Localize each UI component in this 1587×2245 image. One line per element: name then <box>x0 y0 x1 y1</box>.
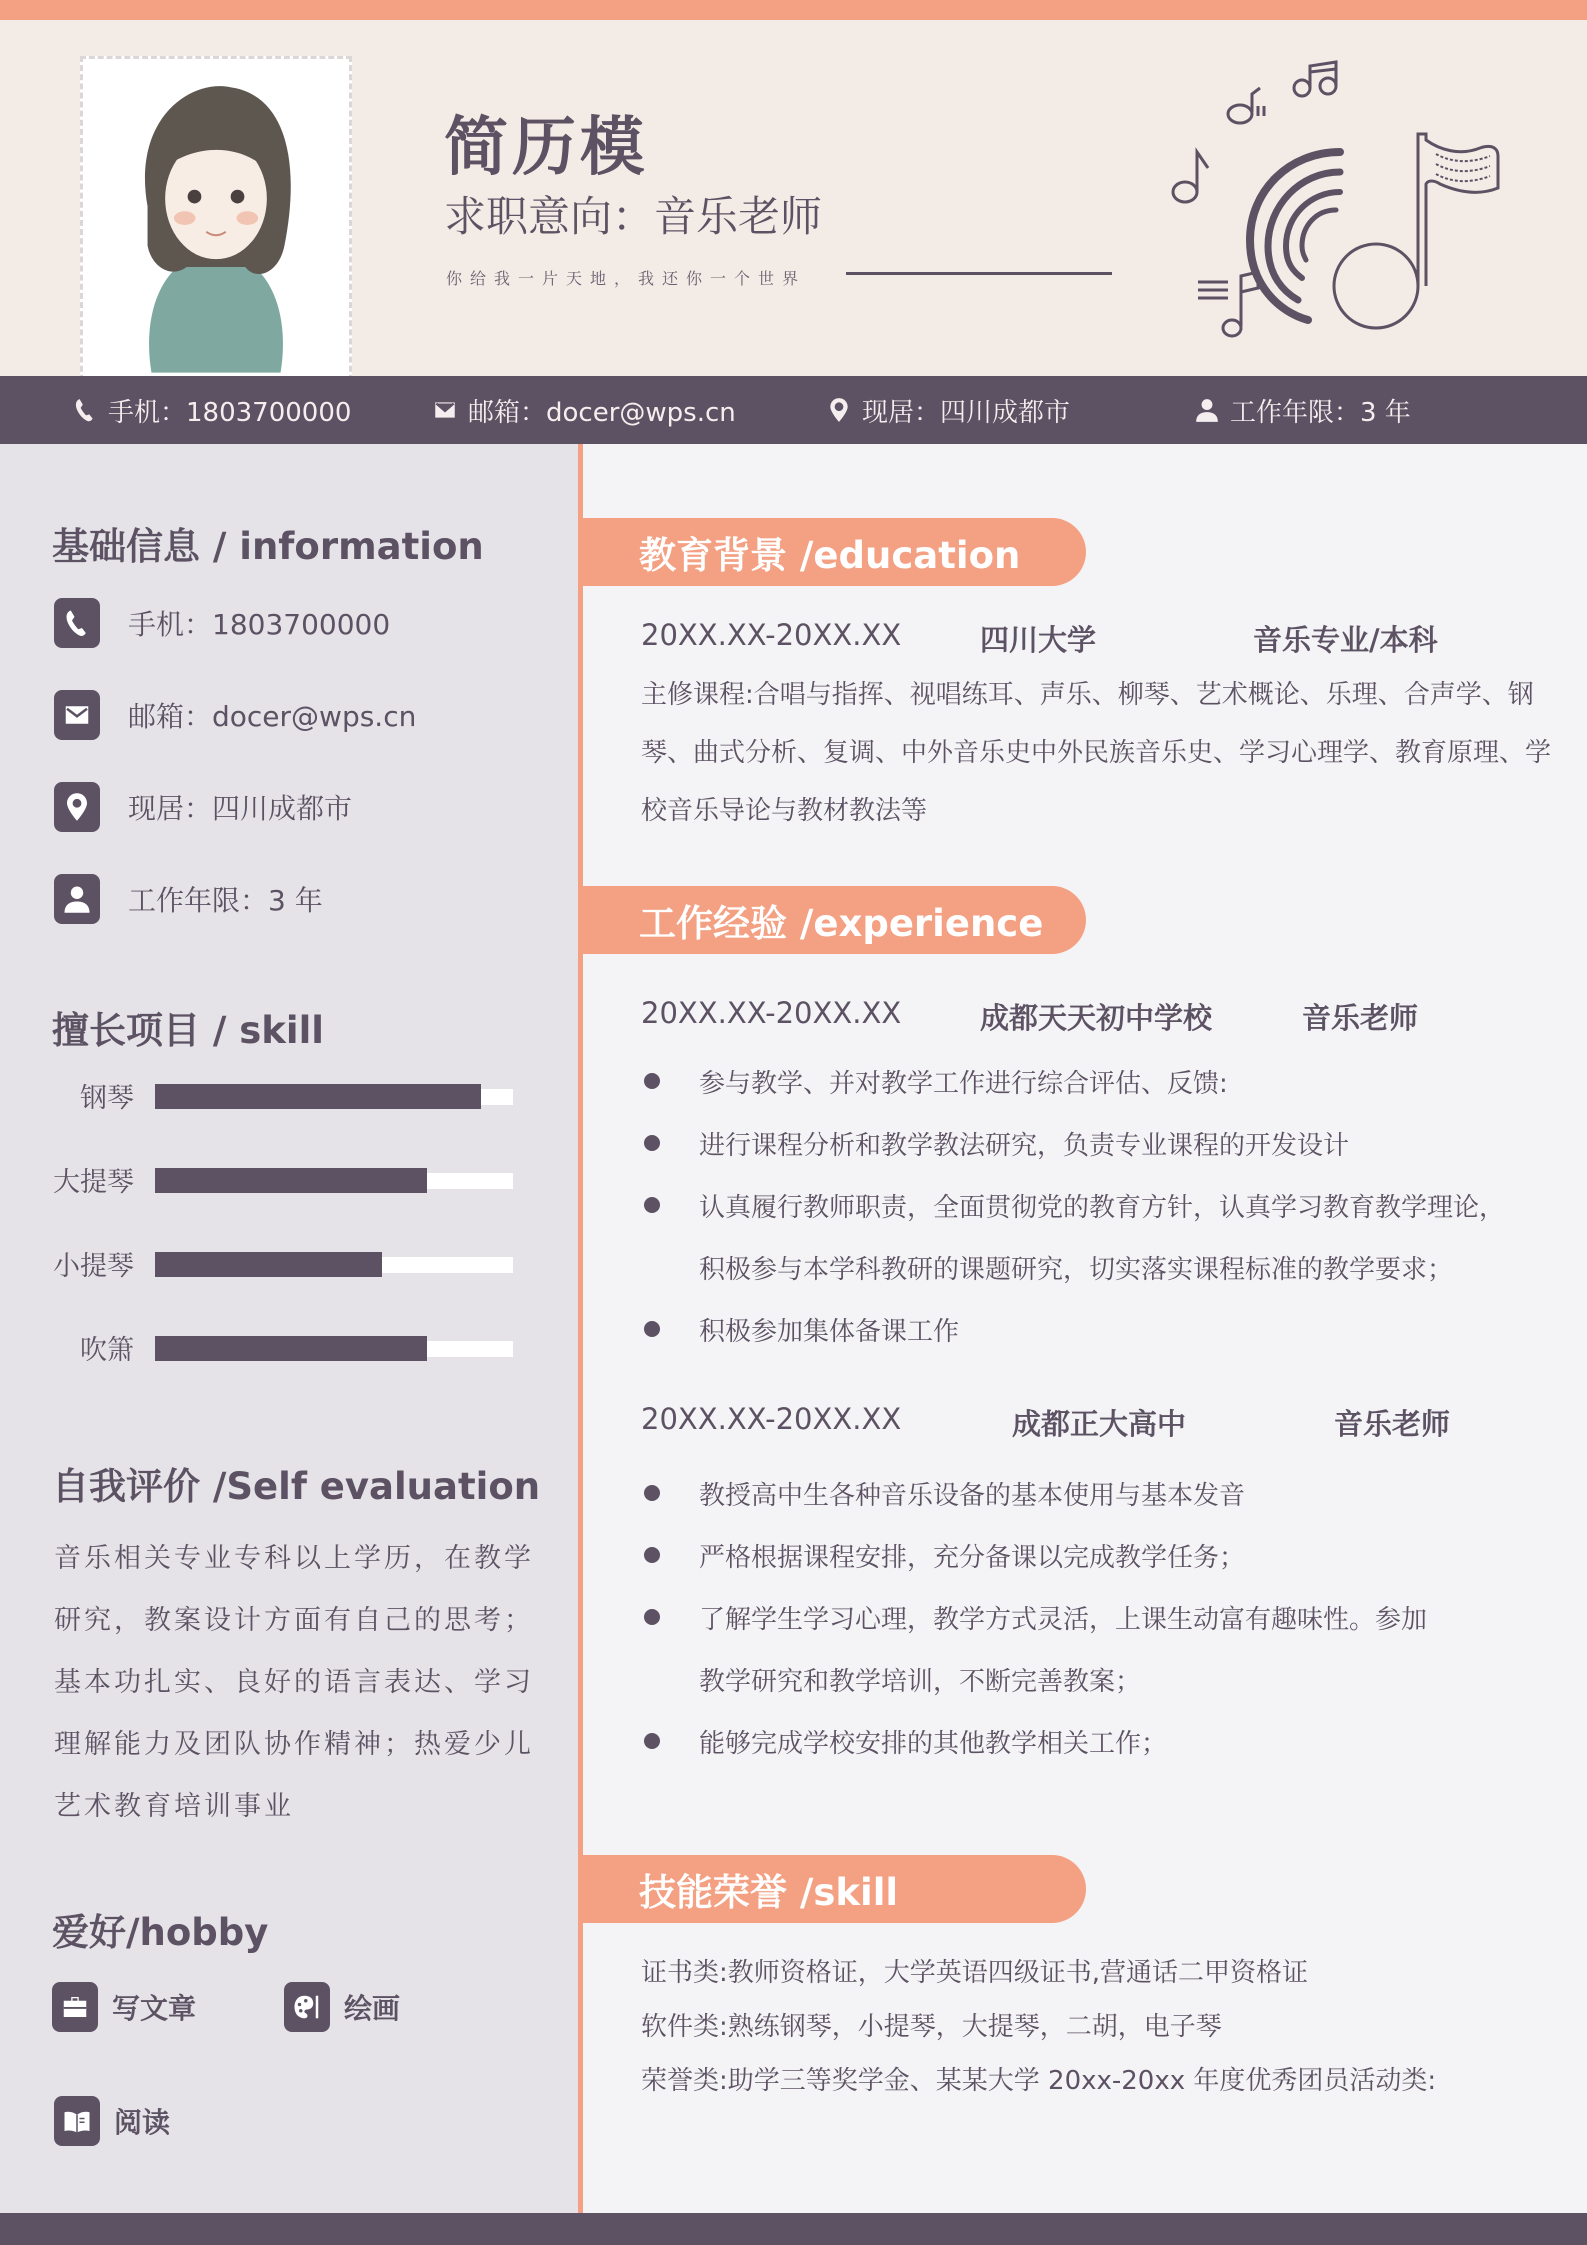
bullet-text: 教学研究和教学培训，不断完善教案； <box>699 1661 1141 1698</box>
bullet-dot <box>644 1197 660 1213</box>
mail-icon-box <box>54 690 100 740</box>
info-email-text: 邮箱：docer@wps.cn <box>128 695 416 735</box>
motto: 你给我一片天地，我还你一个世界 <box>446 266 806 289</box>
skill-bar-fill <box>155 1084 481 1109</box>
skill-row-cello: 大提琴 <box>0 1168 578 1198</box>
education-row: 20XX.XX-20XX.XX 四川大学 音乐专业/本科 <box>641 618 1541 658</box>
self-eval-heading: 自我评价 /Self evaluation <box>52 1456 540 1510</box>
phone-icon <box>62 608 92 638</box>
job-date: 20XX.XX-20XX.XX <box>641 1402 901 1436</box>
hobby-reading: 阅读 <box>54 2096 170 2146</box>
info-phone-text: 手机：1803700000 <box>128 603 390 643</box>
job-date: 20XX.XX-20XX.XX <box>641 996 901 1030</box>
skill-row-piano: 钢琴 <box>0 1084 578 1114</box>
honors-awards: 荣誉类:助学三等奖学金、某某大学 20xx-20xx 年度优秀团员活动类: <box>641 2060 1436 2097</box>
job-role: 音乐老师 <box>1302 996 1418 1037</box>
bullet-text: 进行课程分析和教学教法研究，负责专业课程的开发设计 <box>699 1125 1349 1162</box>
phone-icon-box <box>54 598 100 648</box>
skill-label: 吹箫 <box>80 1336 134 1366</box>
location-pin-icon <box>62 792 92 822</box>
job-row-2: 20XX.XX-20XX.XX 成都正大高中 音乐老师 <box>641 1402 1541 1442</box>
contact-years: 工作年限：3 年 <box>1194 376 1411 444</box>
briefcase-icon-box <box>52 1982 98 2032</box>
bullet-text: 了解学生学习心理，教学方式灵活，上课生动富有趣味性。参加 <box>699 1599 1427 1636</box>
contact-years-text: 工作年限：3 年 <box>1230 392 1411 429</box>
bullet-dot <box>644 1321 660 1337</box>
bullet-text: 教授高中生各种音乐设备的基本使用与基本发音 <box>699 1475 1245 1512</box>
job-company: 成都正大高中 <box>1012 1402 1186 1443</box>
info-location-text: 现居：四川成都市 <box>128 787 352 827</box>
honors-certificates: 证书类:教师资格证，大学英语四级证书,营通话二甲资格证 <box>641 1952 1308 1989</box>
location-pin-icon <box>826 395 852 425</box>
top-accent-strip <box>0 0 1587 20</box>
bullet-dot <box>644 1547 660 1563</box>
palette-icon <box>292 1992 322 2022</box>
education-major: 音乐专业/本科 <box>1253 618 1438 659</box>
job-objective: 求职意向：音乐老师 <box>444 184 822 244</box>
resume-header: 简历模 求职意向：音乐老师 你给我一片天地，我还你一个世界 <box>0 20 1587 376</box>
job-company: 成都天天初中学校 <box>980 996 1212 1037</box>
job-role: 音乐老师 <box>1334 1402 1450 1443</box>
education-date: 20XX.XX-20XX.XX <box>641 618 901 652</box>
skill-row-violin: 小提琴 <box>0 1252 578 1282</box>
hobby-writing: 写文章 <box>52 1982 196 2032</box>
education-school: 四川大学 <box>980 618 1096 659</box>
skill-label: 钢琴 <box>80 1084 134 1114</box>
education-courses: 主修课程:合唱与指挥、视唱练耳、声乐、柳琴、艺术概论、乐理、合声学、钢琴、曲式分… <box>641 666 1551 840</box>
skill-bar-fill <box>155 1168 427 1193</box>
skill-bar-fill <box>155 1252 382 1277</box>
hobby-painting: 绘画 <box>284 1982 400 2032</box>
job-row-1: 20XX.XX-20XX.XX 成都天天初中学校 音乐老师 <box>641 996 1541 1036</box>
skill-bar-fill <box>155 1336 427 1361</box>
briefcase-icon <box>60 1992 90 2022</box>
phone-icon <box>72 395 98 425</box>
bullet-text: 积极参加集体备课工作 <box>699 1311 959 1348</box>
hobby-heading: 爱好/hobby <box>52 1902 268 1956</box>
bullet-text: 认真履行教师职责，全面贯彻党的教育方针，认真学习教育教学理论， <box>699 1187 1505 1224</box>
user-icon-box <box>54 874 100 924</box>
bullet-dot <box>644 1609 660 1625</box>
skill-label: 大提琴 <box>53 1168 134 1198</box>
honors-software: 软件类:熟练钢琴，小提琴，大提琴，二胡，电子琴 <box>641 2006 1222 2043</box>
info-years: 工作年限：3 年 <box>54 874 323 924</box>
user-icon <box>1194 395 1220 425</box>
motto-underline <box>846 272 1112 275</box>
info-years-text: 工作年限：3 年 <box>128 879 323 919</box>
contact-location: 现居：四川成都市 <box>826 376 1070 444</box>
palette-icon-box <box>284 1982 330 2032</box>
skills-heading: 擅长项目 / skill <box>52 1000 324 1054</box>
bullet-dot <box>644 1485 660 1501</box>
contact-email: 邮箱：docer@wps.cn <box>432 376 736 444</box>
info-location: 现居：四川成都市 <box>54 782 352 832</box>
bullet-dot <box>644 1733 660 1749</box>
user-icon <box>62 884 92 914</box>
bullet-dot <box>644 1073 660 1089</box>
bullet-text: 能够完成学校安排的其他教学相关工作； <box>699 1723 1167 1760</box>
bullet-text: 参与教学、并对教学工作进行综合评估、反馈: <box>699 1063 1228 1100</box>
info-email: 邮箱：docer@wps.cn <box>54 690 416 740</box>
location-icon-box <box>54 782 100 832</box>
hobby-label: 绘画 <box>344 1987 400 2027</box>
experience-banner: 工作经验 /experience <box>583 886 1086 954</box>
contact-phone: 手机：1803700000 <box>72 376 351 444</box>
contact-band: 手机：1803700000 邮箱：docer@wps.cn 现居：四川成都市 工… <box>0 376 1587 444</box>
info-phone: 手机：1803700000 <box>54 598 390 648</box>
footer-strip <box>0 2213 1587 2245</box>
info-heading: 基础信息 / information <box>52 516 484 570</box>
education-banner: 教育背景 /education <box>583 518 1086 586</box>
hobby-label: 写文章 <box>112 1987 196 2027</box>
bullet-dot <box>644 1135 660 1151</box>
skill-label: 小提琴 <box>53 1252 134 1282</box>
column-divider <box>578 444 583 2213</box>
mail-icon <box>62 700 92 730</box>
honors-banner: 技能荣誉 /skill <box>583 1855 1086 1923</box>
book-icon <box>62 2106 92 2136</box>
cartoon-girl-portrait-icon <box>83 59 349 387</box>
contact-email-text: 邮箱：docer@wps.cn <box>468 392 736 429</box>
hobby-label: 阅读 <box>114 2101 170 2141</box>
resume-title: 简历模 <box>444 96 648 188</box>
bullet-text: 积极参与本学科教研的课题研究，切实落实课程标准的教学要求； <box>699 1249 1453 1286</box>
bullet-text: 严格根据课程安排，充分备课以完成教学任务； <box>699 1537 1245 1574</box>
mail-icon <box>432 395 458 425</box>
contact-phone-text: 手机：1803700000 <box>108 392 351 429</box>
profile-photo <box>80 56 352 390</box>
music-note-illustration-icon <box>1140 50 1520 350</box>
skill-row-xiao: 吹箫 <box>0 1336 578 1366</box>
book-icon-box <box>54 2096 100 2146</box>
self-eval-text: 音乐相关专业专科以上学历，在教学研究，教案设计方面有自己的思考；基本功扎实、良好… <box>54 1528 554 1838</box>
contact-location-text: 现居：四川成都市 <box>862 392 1070 429</box>
